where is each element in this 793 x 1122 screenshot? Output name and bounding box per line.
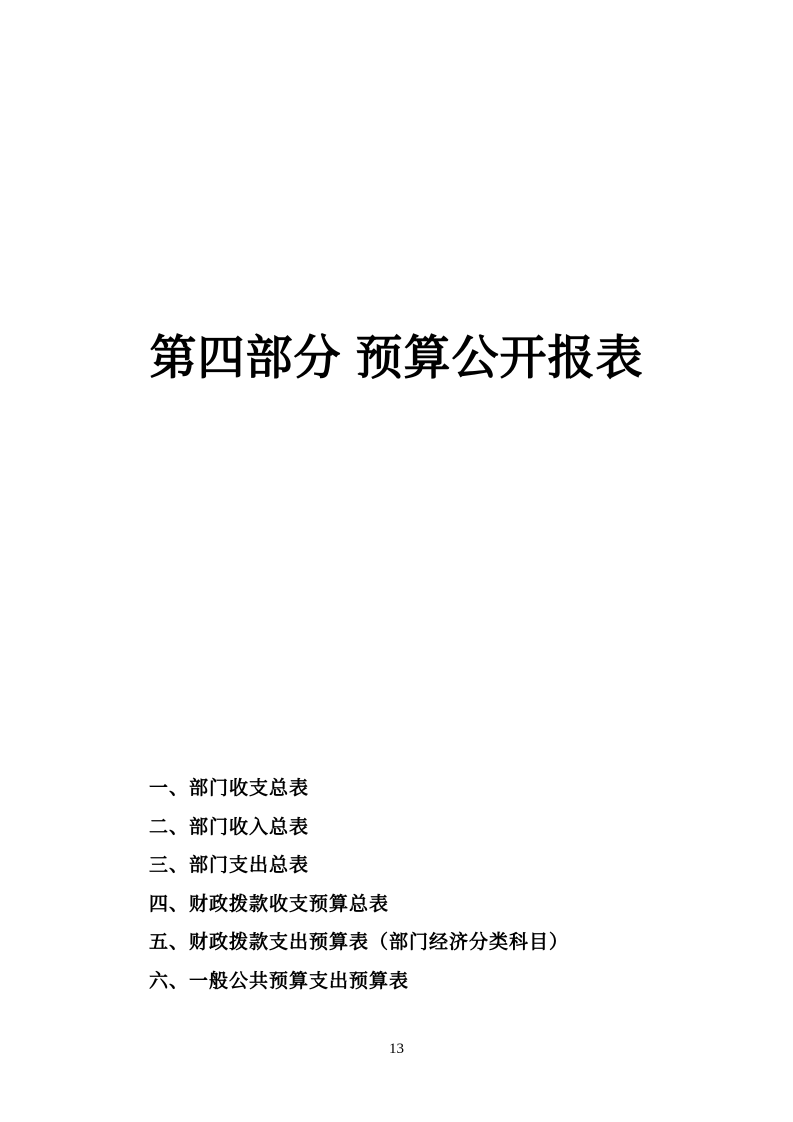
toc-item-6: 六、一般公共预算支出预算表 — [149, 963, 733, 1002]
toc-item-5: 五、财政拨款支出预算表（部门经济分类科目） — [149, 924, 733, 963]
toc-list: 一、部门收支总表 二、部门收入总表 三、部门支出总表 四、财政拨款收支预算总表 … — [149, 770, 733, 1002]
page-number: 13 — [0, 1040, 793, 1058]
toc-item-3: 三、部门支出总表 — [149, 847, 733, 886]
toc-item-2: 二、部门收入总表 — [149, 809, 733, 848]
document-page: 第四部分 预算公开报表 一、部门收支总表 二、部门收入总表 三、部门支出总表 四… — [0, 0, 793, 1122]
toc-item-4: 四、财政拨款收支预算总表 — [149, 886, 733, 925]
toc-item-1: 一、部门收支总表 — [149, 770, 733, 809]
document-title: 第四部分 预算公开报表 — [0, 326, 793, 390]
